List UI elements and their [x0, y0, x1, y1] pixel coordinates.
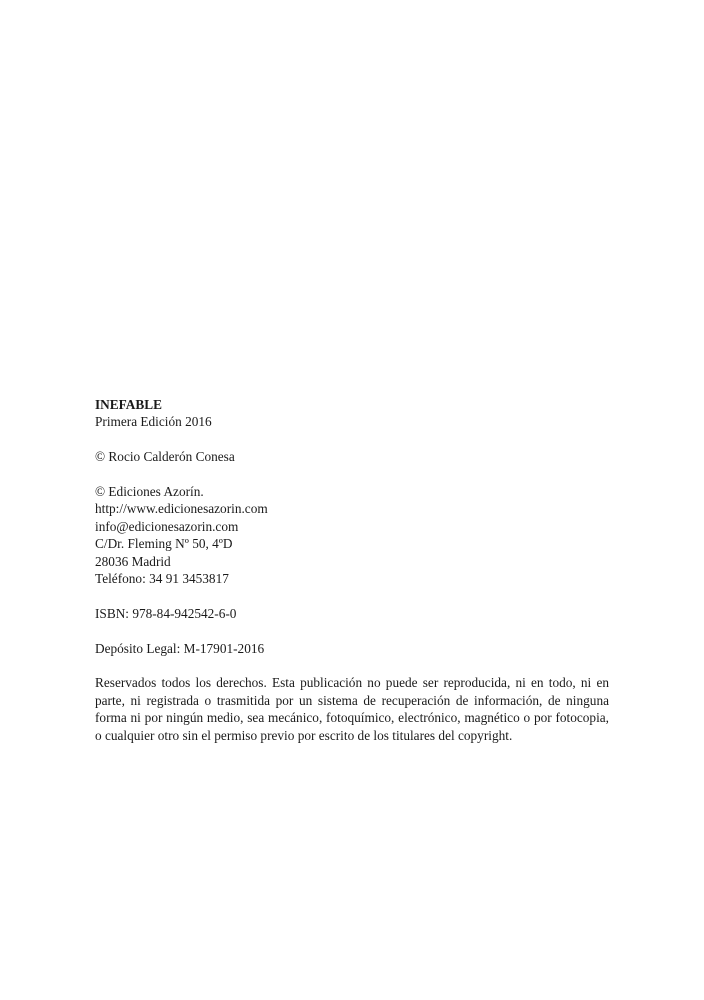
- spacer: [95, 657, 609, 674]
- book-title: INEFABLE: [95, 396, 609, 413]
- publisher-city: 28036 Madrid: [95, 553, 609, 570]
- publisher-address: C/Dr. Fleming Nº 50, 4ºD: [95, 535, 609, 552]
- publisher-phone: Teléfono: 34 91 3453817: [95, 570, 609, 587]
- author-copyright: © Rocio Calderón Conesa: [95, 448, 609, 465]
- edition: Primera Edición 2016: [95, 413, 609, 430]
- spacer: [95, 431, 609, 448]
- publisher-website: http://www.edicionesazorin.com: [95, 500, 609, 517]
- rights-notice: Reservados todos los derechos. Esta publ…: [95, 674, 609, 744]
- legal-deposit: Depósito Legal: M-17901-2016: [95, 640, 609, 657]
- publisher-name: © Ediciones Azorín.: [95, 483, 609, 500]
- publisher-email: info@edicionesazorin.com: [95, 518, 609, 535]
- spacer: [95, 622, 609, 639]
- copyright-page: INEFABLE Primera Edición 2016 © Rocio Ca…: [95, 396, 609, 744]
- spacer: [95, 466, 609, 483]
- spacer: [95, 587, 609, 604]
- isbn: ISBN: 978-84-942542-6-0: [95, 605, 609, 622]
